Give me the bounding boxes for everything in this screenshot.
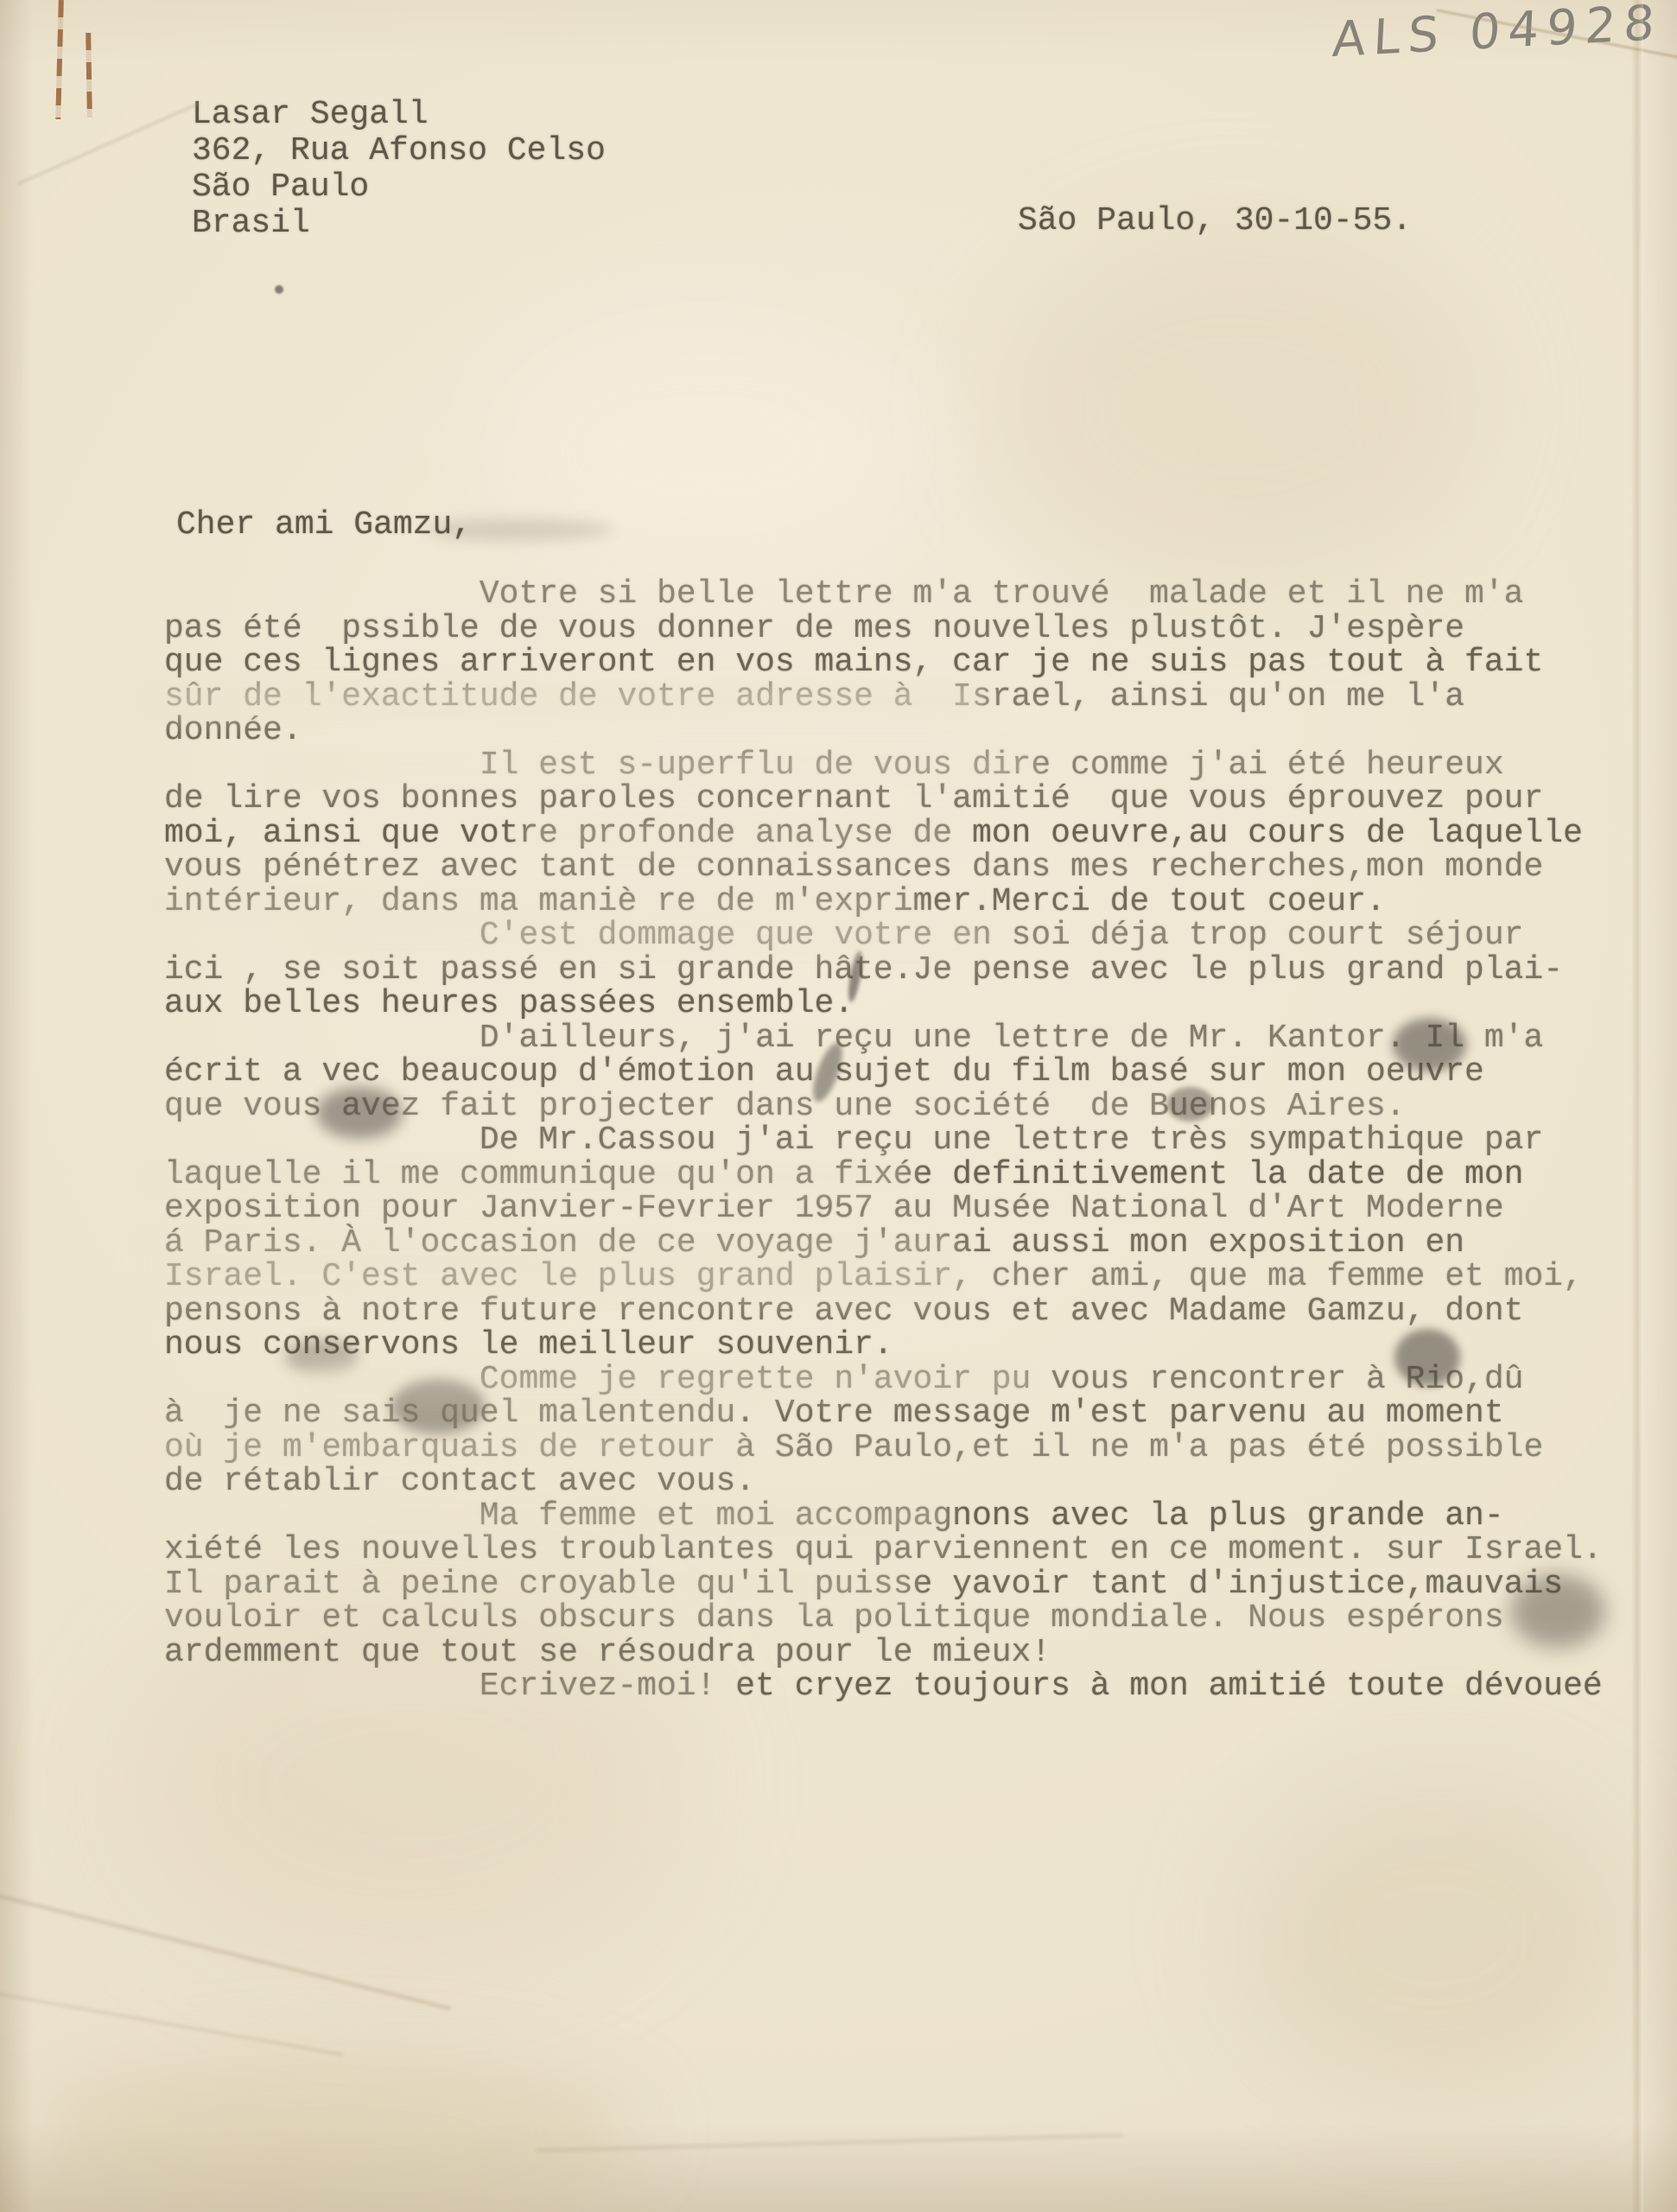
letter-line: pas été pssible de vous donner de mes no… [164, 612, 1603, 646]
sender-address-line: Brasil [192, 206, 606, 242]
archive-annotation: ALS 04928 [1331, 0, 1664, 68]
sender-address-line: São Paulo [192, 169, 606, 206]
letter-line: moi, ainsi que votre profonde analyse de… [164, 817, 1603, 851]
salutation: Cher ami Gamzu, [176, 508, 472, 543]
letter-line: Votre si belle lettre m'a trouvé malade … [164, 577, 1603, 612]
letter-line: nous conservons le meilleur souvenir. [164, 1328, 1603, 1363]
letter-line: vouloir et calculs obscurs dans la polit… [164, 1601, 1603, 1636]
letter-line: C'est dommage que votre en soi déja trop… [164, 918, 1603, 953]
dateline: São Paulo, 30-10-55. [1018, 204, 1412, 238]
letter-line: ici , se soit passé en si grande hâte.Je… [164, 953, 1603, 988]
paper-stain [484, 311, 933, 588]
letter-line: á Paris. À l'occasion de ce voyage j'aur… [164, 1226, 1603, 1261]
letter-line: Il est s-uperflu de vous dire comme j'ai… [164, 748, 1603, 783]
letter-line: aux belles heures passées ensemble. [164, 987, 1603, 1021]
letter-line: écrit a vec beaucoup d'émotion au sujet … [164, 1055, 1603, 1090]
letter-line: Israel. C'est avec le plus grand plaisir… [164, 1260, 1603, 1294]
sender-address-block: Lasar Segall362, Rua Afonso CelsoSão Pau… [192, 97, 606, 242]
crease-line [0, 1991, 343, 2056]
letter-line: que ces lignes arriveront en vos mains, … [164, 645, 1603, 680]
paper-stain [994, 225, 1477, 588]
crease-line [16, 102, 199, 185]
crease-line [536, 2133, 1123, 2152]
crease-line [0, 1890, 451, 2010]
rust-mark [55, 0, 64, 119]
letter-line: à je ne sais quel malentendu. Votre mess… [164, 1396, 1603, 1431]
letter-line: de rétablir contact avec vous. [164, 1465, 1603, 1499]
letter-line: Comme je regrette n'avoir pu vous rencon… [164, 1363, 1603, 1397]
paper-stain [1236, 1771, 1633, 2100]
letter-line: xiété les nouvelles troublantes qui parv… [164, 1533, 1603, 1567]
ink-smudge [275, 285, 283, 294]
letter-line: que vous avez fait projecter dans une so… [164, 1090, 1603, 1124]
scanned-letter-page: { "annotation": { "text": "ALS 04928" },… [0, 0, 1677, 2212]
letter-line: laquelle il me communique qu'on a fixée … [164, 1158, 1603, 1192]
letter-line: où je m'embarquais de retour à São Paulo… [164, 1431, 1603, 1465]
letter-line: pensons à notre future rencontre avec vo… [164, 1294, 1603, 1329]
sender-address-line: 362, Rua Afonso Celso [192, 133, 606, 169]
letter-line: sûr de l'exactitude de votre adresse à I… [164, 680, 1603, 715]
sender-address-line: Lasar Segall [192, 97, 606, 133]
letter-body: Votre si belle lettre m'a trouvé malade … [164, 577, 1603, 1704]
letter-line: ardemment que tout se résoudra pour le m… [164, 1636, 1603, 1670]
letter-line: Ma femme et moi accompagnons avec la plu… [164, 1499, 1603, 1534]
letter-line: exposition pour Janvier-Fevrier 1957 au … [164, 1192, 1603, 1226]
crease-line [1631, 0, 1643, 2212]
rust-mark [86, 33, 92, 118]
letter-line: Il parait à peine croyable qu'il puisse … [164, 1567, 1603, 1602]
letter-line: de lire vos bonnes paroles concernant l'… [164, 782, 1603, 817]
letter-line: vous pénétrez avec tant de connaissances… [164, 850, 1603, 885]
paper-stain [35, 2056, 639, 2203]
letter-line: intérieur, dans ma maniè re de m'exprime… [164, 885, 1603, 919]
letter-line: D'ailleurs, j'ai reçu une lettre de Mr. … [164, 1021, 1603, 1056]
letter-line: donnée. [164, 714, 1603, 748]
letter-line: De Mr.Cassou j'ai reçu une lettre très s… [164, 1123, 1603, 1158]
letter-line: Ecrivez-moi! et cryez toujours à mon ami… [164, 1669, 1603, 1704]
